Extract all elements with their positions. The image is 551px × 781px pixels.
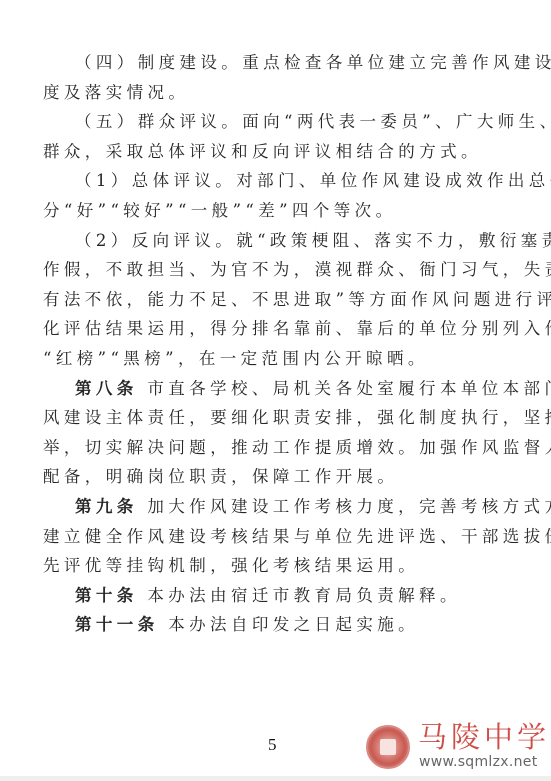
- watermark: 马陵中学 www.sqmlzx.net: [364, 721, 551, 777]
- text-line: （四）制度建设。重点检查各单位建立完善作风建设相关制: [43, 48, 497, 78]
- article-text: 市直各学校、局机关各处室履行本单位本部门抓作: [138, 379, 551, 398]
- document-body: （四）制度建设。重点检查各单位建立完善作风建设相关制 度及落实情况。 （五）群众…: [43, 48, 497, 640]
- text-line: “红榜”“黑榜”，在一定范围内公开晾晒。: [43, 344, 497, 374]
- text-line: 分“好”“较好”“一般”“差”四个等次。: [43, 196, 497, 226]
- page-number: 5: [268, 735, 277, 755]
- article-heading: 第十条: [75, 586, 138, 605]
- text-line: （五）群众评议。面向“两代表一委员”、广大师生、家长和: [43, 107, 497, 137]
- text-line: 建立健全作风建设考核结果与单位先进评选、干部选拔任用及评: [43, 522, 497, 552]
- text-line: 群众，采取总体评议和反向评议相结合的方式。: [43, 137, 497, 167]
- article-text: 本办法自印发之日起实施。: [159, 615, 419, 634]
- article-heading: 第八条: [75, 379, 138, 398]
- text-line: 风建设主体责任，要细化职责安排，强化制度执行，坚持查纠并: [43, 403, 497, 433]
- text-line: 有法不依，能力不足、不思进取”等方面作风问题进行评议。强: [43, 285, 497, 315]
- article-9-line: 第九条 加大作风建设工作考核力度，完善考核方式方法，: [43, 492, 497, 522]
- text-line: （1）总体评议。对部门、单位作风建设成效作出总体评价，: [43, 166, 497, 196]
- watermark-title: 马陵中学: [418, 721, 550, 753]
- text-line: 化评估结果运用，得分排名靠前、靠后的单位分别列入作风建设: [43, 314, 497, 344]
- document-page: （四）制度建设。重点检查各单位建立完善作风建设相关制 度及落实情况。 （五）群众…: [0, 0, 551, 781]
- text-line: 举，切实解决问题，推动工作提质增效。加强作风监督人员力量: [43, 433, 497, 463]
- text-line: 作假，不敢担当、为官不为，漠视群众、衙门习气，失责失信、: [43, 255, 497, 285]
- watermark-url: www.sqmlzx.net: [419, 754, 537, 770]
- article-8-line: 第八条 市直各学校、局机关各处室履行本单位本部门抓作: [43, 374, 497, 404]
- article-11-line: 第十一条 本办法自印发之日起实施。: [43, 610, 497, 640]
- school-seal-icon: [366, 725, 410, 769]
- article-text: 本办法由宿迁市教育局负责解释。: [138, 586, 461, 605]
- text-line: 先评优等挂钩机制，强化考核结果运用。: [43, 551, 497, 581]
- text-line: 度及落实情况。: [43, 78, 497, 108]
- text-line: （2）反向评议。就“政策梗阻、落实不力，敷衍塞责、弄虚: [43, 226, 497, 256]
- article-10-line: 第十条 本办法由宿迁市教育局负责解释。: [43, 581, 497, 611]
- bottom-edge: [0, 776, 551, 781]
- article-heading: 第十一条: [75, 615, 159, 634]
- text-line: 配备，明确岗位职责，保障工作开展。: [43, 462, 497, 492]
- article-heading: 第九条: [75, 497, 138, 516]
- article-text: 加大作风建设工作考核力度，完善考核方式方法，: [138, 497, 551, 516]
